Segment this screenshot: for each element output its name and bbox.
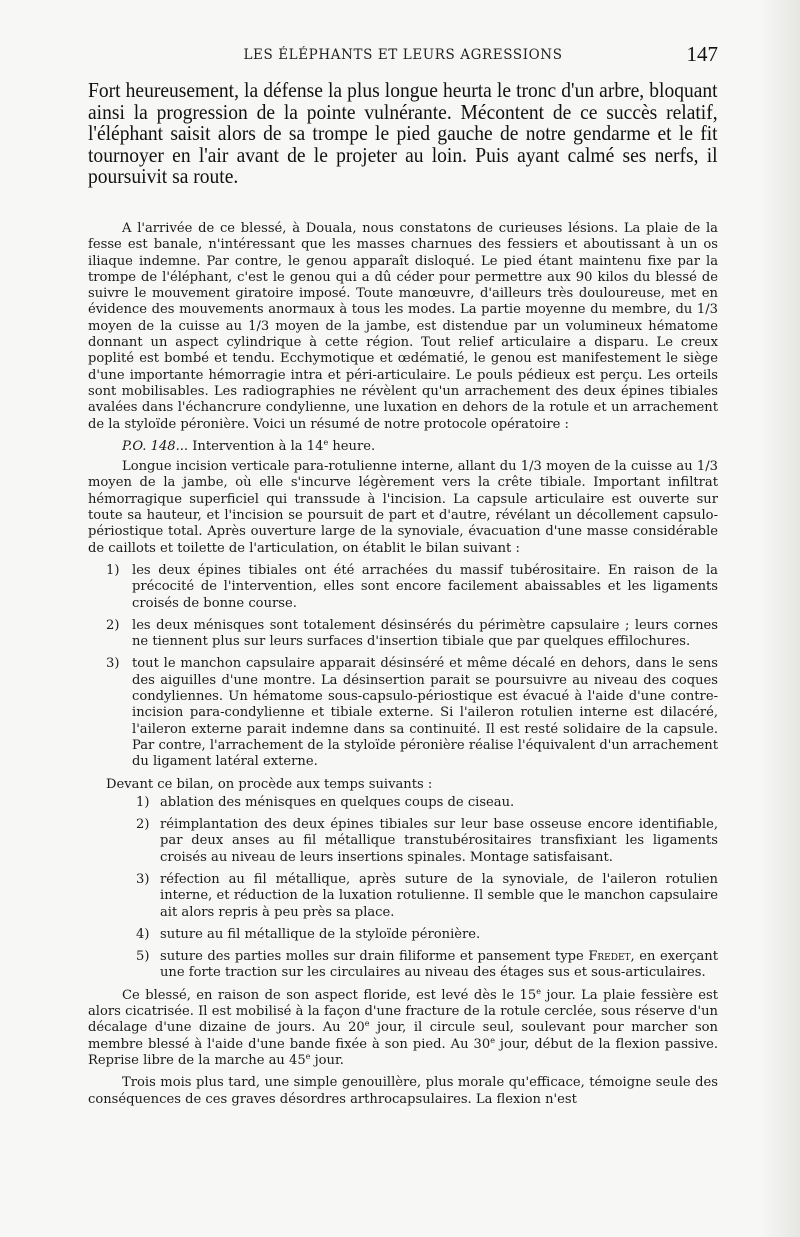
list-text: suture au fil métallique de la styloïde … [160, 927, 480, 942]
text-span: jour. [310, 1053, 344, 1068]
running-head: LES ÉLÉPHANTS ET LEURS AGRESSIONS 147 [88, 44, 718, 68]
list-item: 3)réfection au fil métallique, après sut… [88, 872, 718, 921]
list-text: ablation des ménisques en quelques coups… [160, 795, 514, 810]
list-number: 1) [136, 795, 149, 811]
paragraph-recovery: Ce blessé, en raison de son aspect flori… [88, 988, 718, 1069]
list-item: 1)ablation des ménisques en quelques cou… [88, 795, 718, 811]
list-number: 2) [106, 618, 119, 634]
body-text: A l'arrivée de ce blessé, à Douala, nous… [88, 221, 718, 1108]
list-text: les deux épines tibiales ont été arraché… [132, 563, 718, 611]
quote-paragraph: Fort heureusement, la défense la plus lo… [88, 80, 718, 188]
protocol-line: P.O. 148... Intervention à la 14e heure. [122, 439, 718, 455]
list-text: réfection au fil métallique, après sutur… [160, 872, 718, 920]
text-span: Ce blessé, en raison de son aspect flori… [122, 988, 536, 1003]
list-item: 5)suture des parties molles sur drain fi… [88, 949, 718, 982]
list-item: 2)les deux ménisques sont totalement dés… [88, 618, 718, 651]
paragraph-incision: Longue incision verticale para-rotulienn… [88, 459, 718, 557]
running-title: LES ÉLÉPHANTS ET LEURS AGRESSIONS [88, 47, 718, 63]
list-item: 3)tout le manchon capsulaire apparait dé… [88, 656, 718, 770]
list-text: tout le manchon capsulaire apparait dési… [132, 656, 718, 769]
list-text: les deux ménisques sont totalement désin… [132, 618, 718, 649]
page-number: 147 [687, 42, 719, 67]
list-text: réimplantation des deux épines tibiales … [160, 817, 718, 865]
list-item: 4)suture au fil métallique de la styloïd… [88, 927, 718, 943]
paragraph-devant: Devant ce bilan, on procède aux temps su… [106, 777, 718, 793]
list-number: 4) [136, 927, 149, 943]
list-number: 5) [136, 949, 149, 965]
list-number: 1) [106, 563, 119, 579]
bilan-list: 1)les deux épines tibiales ont été arrac… [88, 563, 718, 771]
list-text: suture des parties molles sur drain fili… [160, 949, 588, 964]
paragraph-lesions: A l'arrivée de ce blessé, à Douala, nous… [88, 221, 718, 433]
list-number: 2) [136, 817, 149, 833]
page-edge-shadow [760, 0, 800, 1237]
temps-list: 1)ablation des ménisques en quelques cou… [88, 795, 718, 982]
protocol-ref: P.O. 148... [122, 439, 188, 454]
protocol-text-end: heure. [328, 439, 375, 454]
paragraph-three-months: Trois mois plus tard, une simple genouil… [88, 1075, 718, 1108]
list-item: 1)les deux épines tibiales ont été arrac… [88, 563, 718, 612]
list-item: 2)réimplantation des deux épines tibiale… [88, 817, 718, 866]
list-number: 3) [106, 656, 119, 672]
protocol-text: Intervention à la 14 [188, 439, 323, 454]
author-name: Fredet [588, 949, 630, 964]
list-number: 3) [136, 872, 149, 888]
